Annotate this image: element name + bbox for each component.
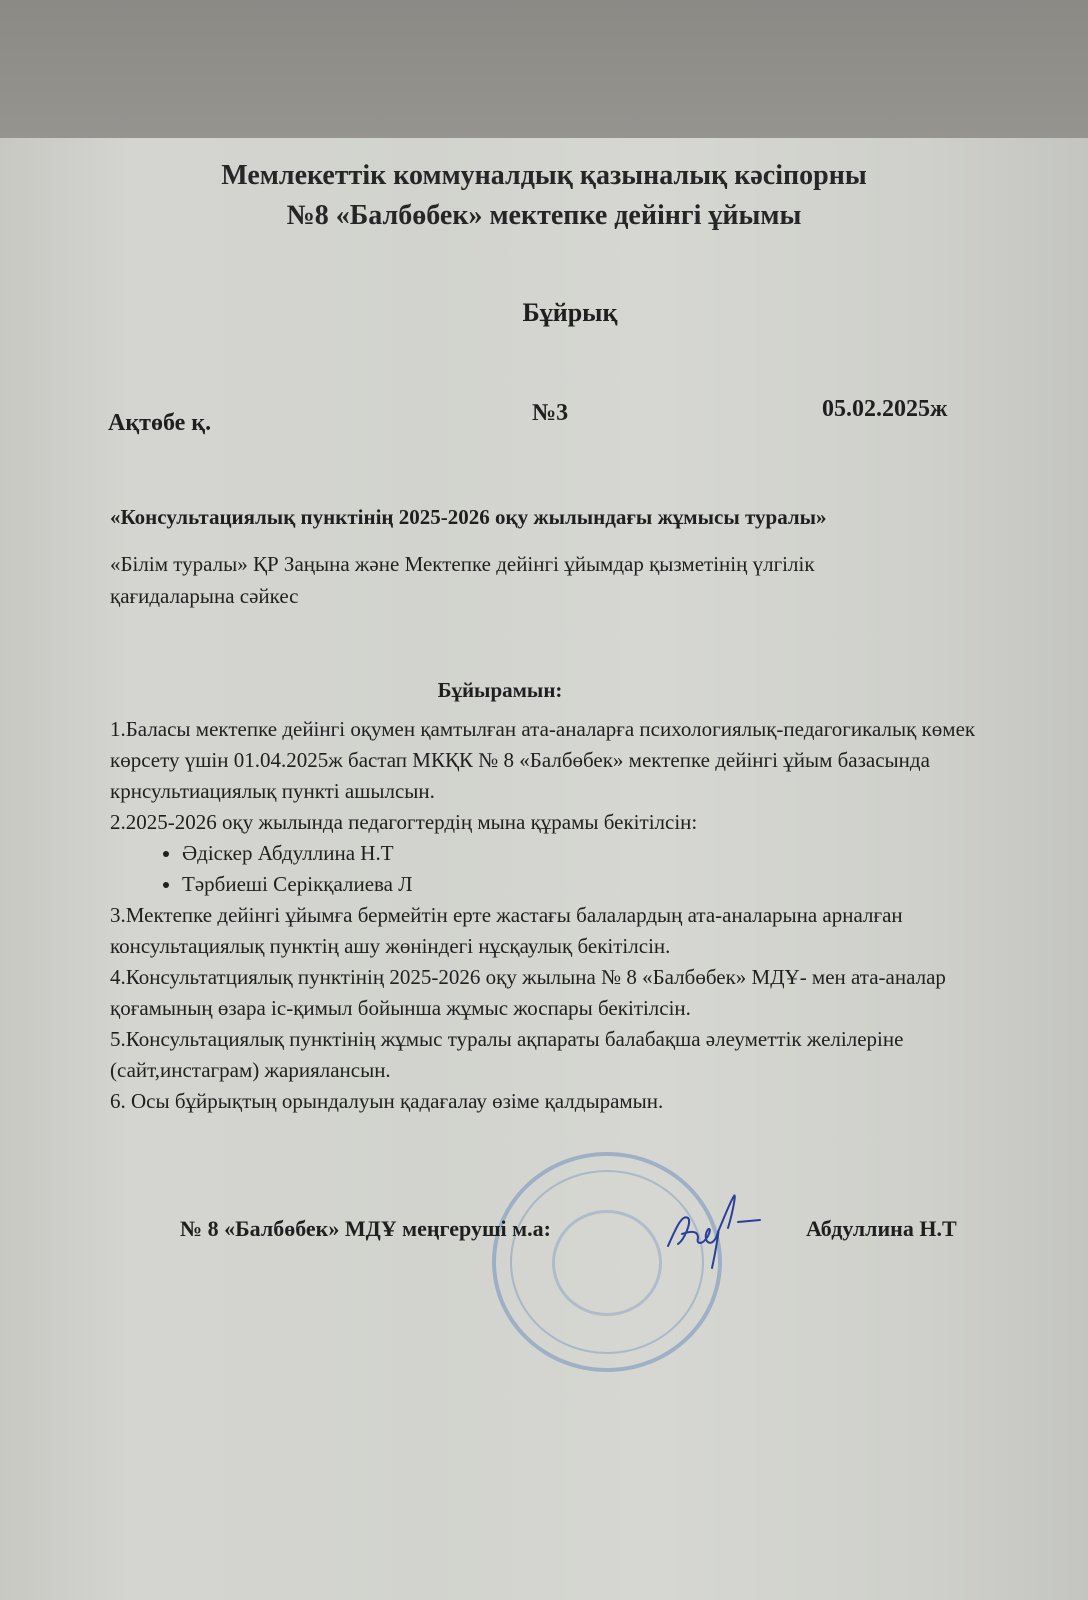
order-item-6: 6. Осы бұйрықтың орындалуын қадағалау өз… <box>110 1086 1040 1117</box>
document-date: 05.02.2025ж <box>822 396 947 423</box>
document-number: №3 <box>532 400 568 427</box>
signature-icon <box>664 1188 764 1278</box>
signatory-name: Абдуллина Н.Т <box>806 1216 957 1242</box>
signatory-position: № 8 «Балбөбек» МДҰ меңгеруші м.а: <box>180 1216 551 1242</box>
staff-list: Әдіскер Абдуллина Н.Т Тәрбиеші Серікқали… <box>110 838 1040 900</box>
staff-item: Әдіскер Абдуллина Н.Т <box>182 838 1040 869</box>
document-basis: «Білім туралы» ҚР Заңына және Мектепке д… <box>110 548 930 612</box>
photo-background-top <box>0 0 1088 138</box>
staff-item: Тәрбиеші Серікқалиева Л <box>182 869 1040 900</box>
order-item-5: 5.Консультациялық пунктінің жұмыс туралы… <box>110 1024 1040 1086</box>
order-items: 1.Баласы мектепке дейінгі оқумен қамтылғ… <box>110 714 1040 1117</box>
order-item-2: 2.2025-2026 оқу жылында педагогтердің мы… <box>110 807 1040 838</box>
document-subject: «Консультациялық пунктінің 2025-2026 оқу… <box>110 505 827 530</box>
organization-line-1: Мемлекеттік коммуналдық қазыналық кәсіпо… <box>0 160 1088 192</box>
organization-line-2: №8 «Балбөбек» мектепке дейінгі ұйымы <box>0 200 1088 232</box>
document-city: Ақтөбе қ. <box>108 410 211 437</box>
order-heading: Бұйырамын: <box>0 678 1000 703</box>
order-item-1: 1.Баласы мектепке дейінгі оқумен қамтылғ… <box>110 714 1040 807</box>
order-item-4: 4.Консультатциялық пунктінің 2025-2026 о… <box>110 962 1040 1024</box>
order-item-3: 3.Мектепке дейінгі ұйымға бермейтін ерте… <box>110 900 1040 962</box>
document-title: Бұйрық <box>0 298 1088 328</box>
